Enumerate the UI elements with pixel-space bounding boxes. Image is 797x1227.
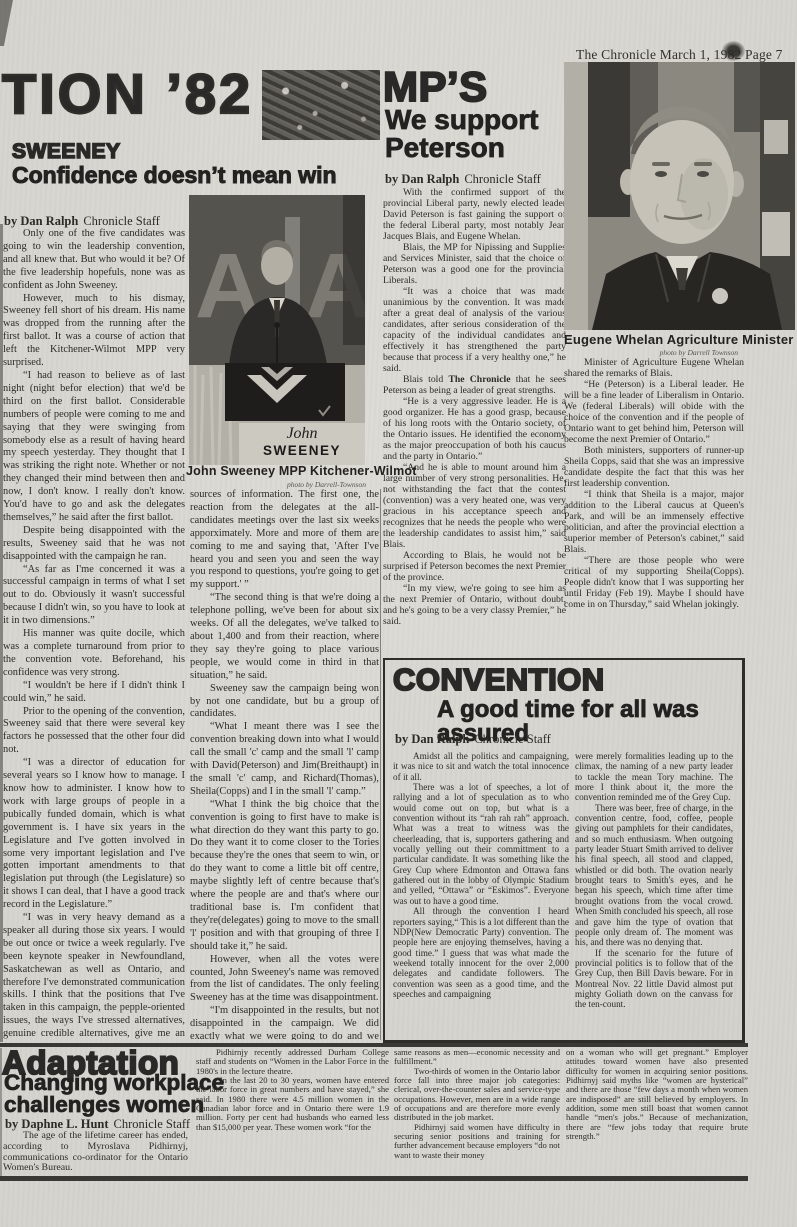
convention-column-1: Amidst all the politics and campaigning,… — [393, 751, 569, 1035]
paragraph: “I think that Sheila is a major, major a… — [564, 489, 744, 555]
whelan-photo-caption: Eugene Whelan Agriculture Minister — [564, 332, 794, 347]
paragraph: There was beer, free of charge, in the c… — [575, 803, 733, 948]
photo-sign-sweeney: SWEENEY — [239, 443, 365, 458]
paragraph: Both ministers, supporters of runner-up … — [564, 445, 744, 489]
bottom-rule — [0, 1176, 748, 1181]
paragraph: “The second thing is that we're doing a … — [190, 592, 379, 682]
john-sweeney-photo: A A John SWEENEY — [189, 195, 365, 465]
peterson-byline: by Dan RalphChronicle Staff — [385, 172, 541, 187]
convention-kicker: CONVENTION — [393, 664, 605, 695]
peterson-column-2: Minister of Agriculture Eugene Whelan sh… — [564, 357, 744, 655]
paragraph: Sweeney saw the campaign being won by no… — [190, 683, 379, 722]
paragraph: same reasons as men—economic necessity a… — [394, 1048, 560, 1067]
byline-role: Chronicle Staff — [464, 172, 541, 186]
newspaper-page: The Chronicle March 1, 1982 Page 7 TION … — [0, 0, 797, 1227]
paragraph: Pidhirnyj said women have difficulty in … — [394, 1123, 560, 1160]
paragraph: Two-thirds of women in the Ontario labor… — [394, 1067, 560, 1123]
sweeney-kicker: SWEENEY — [12, 141, 121, 162]
sweeney-column-1: Only one of the five candidates was goin… — [3, 228, 185, 1040]
eugene-whelan-photo — [564, 62, 795, 330]
paragraph: “He (Peterson) is a Liberal leader. He w… — [564, 379, 744, 445]
byline-author: by Dan Ralph — [395, 732, 469, 746]
paragraph: Amidst all the politics and campaigning,… — [393, 751, 569, 782]
masthead: The Chronicle March 1, 1982 Page 7 — [576, 47, 783, 63]
paragraph: His manner was quite docile, which was a… — [3, 628, 185, 680]
paragraph: on a woman who will get pregnant.” Emplo… — [566, 1048, 748, 1141]
convention-article-box: CONVENTION A good time for all was assur… — [383, 658, 745, 1043]
byline-author: by Dan Ralph — [4, 214, 78, 228]
adaptation-byline: by Daphne L. HuntChronicle Staff — [5, 1117, 190, 1132]
sweeney-column-2: sources of information. The first one, t… — [190, 489, 379, 1040]
convention-column-2: were merely formalities leading up to th… — [575, 751, 733, 1035]
whelan-photo-credit: photo by Darrell Townson — [608, 348, 738, 357]
peterson-headline-line2: Peterson — [385, 134, 505, 162]
adaptation-column-4: on a woman who will get pregnant.” Emplo… — [566, 1048, 748, 1177]
paragraph: “It was a choice that was made unanimiou… — [383, 286, 566, 374]
paragraph: However, when all the votes were counted… — [190, 954, 379, 1006]
paragraph: “There are those people who were critica… — [564, 555, 744, 610]
paragraph: If the scenario for the future of provin… — [575, 948, 733, 1010]
paragraph: “He is a very aggressive leader. He is a… — [383, 396, 566, 462]
paragraph: sources of information. The first one, t… — [190, 489, 379, 592]
convention-byline: by Dan RalphChronicle Staff — [395, 732, 551, 747]
byline-author: by Daphne L. Hunt — [5, 1117, 109, 1131]
paragraph: “I was in very heavy demand as a speaker… — [3, 912, 185, 1040]
paragraph: “What I meant there was I see the conven… — [190, 721, 379, 798]
peterson-column-1: With the confirmed support of the provin… — [383, 187, 566, 657]
paragraph: Blais, the MP for Nipissing and Supplies… — [383, 242, 566, 286]
paragraph: “In my view, we're going to see him as t… — [383, 583, 566, 627]
sweeney-headline: Confidence doesn’t mean win — [12, 164, 337, 187]
paragraph: Minister of Agriculture Eugene Whelan sh… — [564, 357, 744, 379]
convention-crowd-photo — [262, 70, 380, 140]
paragraph: However, much to his dismay, Sweeney fel… — [3, 293, 185, 370]
sweeney-photo-credit: photo by Darrell-Townson — [248, 480, 366, 489]
column-divider-rule — [380, 489, 381, 1040]
paragraph: “As far as I'me concerned it was a succe… — [3, 564, 185, 629]
paragraph: With the confirmed support of the provin… — [383, 187, 566, 242]
adaptation-column-3: same reasons as men—economic necessity a… — [394, 1048, 560, 1177]
adaptation-headline-line2: challenges women — [4, 1094, 204, 1117]
paragraph: “In the last 20 to 30 years, women have … — [196, 1076, 389, 1132]
paragraph: “What I think the big choice that the co… — [190, 799, 379, 954]
whelan-photo-art — [564, 62, 795, 330]
paragraph: Pidhirnjy recently addressed Durham Coll… — [196, 1048, 389, 1076]
paragraph: “I was a director of education for sever… — [3, 757, 185, 912]
paragraph: “I had reason to believe as of last nigh… — [3, 370, 185, 525]
paragraph: Despite being disappointed with the resu… — [3, 525, 185, 564]
paragraph: Blais told The Chronicle that he sees Pe… — [383, 374, 566, 396]
paragraph: According to Blais, he would not be surp… — [383, 550, 566, 583]
photo-sign-john: John — [239, 425, 365, 443]
paragraph: “I wouldn't be here if I didn't think I … — [3, 680, 185, 706]
peterson-headline-line1: We support — [385, 106, 538, 134]
paragraph: “And he is able to mount around him a la… — [383, 462, 566, 550]
paragraph: There was a lot of speeches, a lot of ra… — [393, 782, 569, 906]
mps-kicker: MP’S — [383, 66, 488, 108]
paragraph: Only one of the five candidates was goin… — [3, 228, 185, 293]
scan-corner-mark — [0, 0, 13, 46]
paragraph: Prior to the opening of the convention, … — [3, 706, 185, 758]
byline-author: by Dan Ralph — [385, 172, 459, 186]
convention-82-banner: TION ’82 — [2, 66, 253, 122]
paragraph: “I'm disappointed in the results, but no… — [190, 1005, 379, 1040]
paragraph: The age of the lifetime career has ended… — [3, 1131, 188, 1174]
sweeney-byline: by Dan RalphChronicle Staff — [4, 214, 160, 229]
byline-role: Chronicle Staff — [114, 1117, 191, 1131]
byline-role: Chronicle Staff — [83, 214, 160, 228]
paragraph: All through the convention I heard repor… — [393, 906, 569, 999]
byline-role: Chronicle Staff — [474, 732, 551, 746]
ink-smudge-icon — [722, 41, 745, 61]
adaptation-column-2: Pidhirnjy recently addressed Durham Coll… — [196, 1048, 389, 1177]
adaptation-column-1: The age of the lifetime career has ended… — [3, 1131, 188, 1178]
paragraph: were merely formalities leading up to th… — [575, 751, 733, 803]
